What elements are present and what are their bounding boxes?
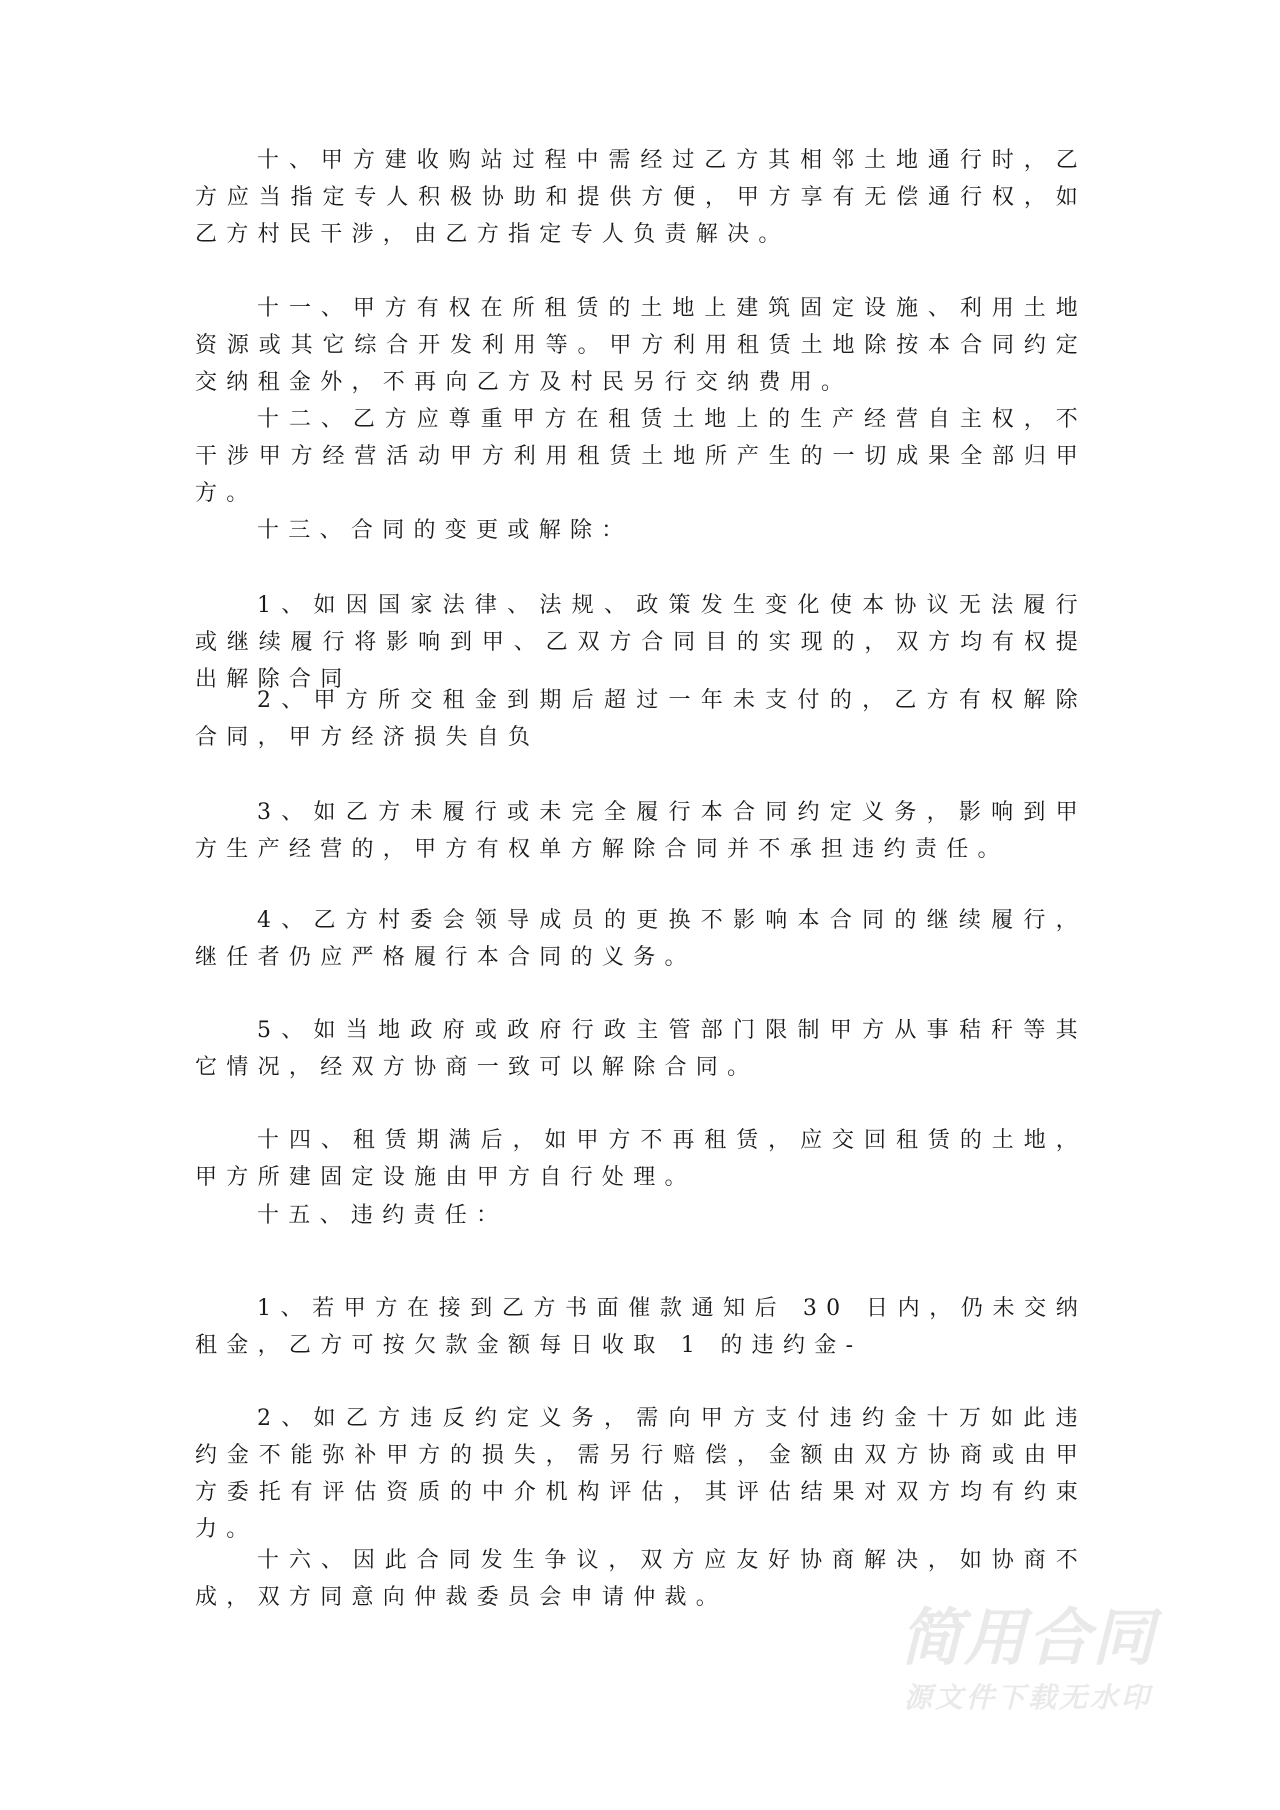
clause-13-item-3: 3、如乙方未履行或未完全履行本合同约定义务，影响到甲方生产经营的，甲方有权单方解… (195, 794, 1087, 868)
clause-15-heading: 十五、违约责任： (195, 1197, 1087, 1234)
clause-12: 十二、乙方应尊重甲方在租赁土地上的生产经营自主权，不干涉甲方经营活动甲方利用租赁… (195, 401, 1087, 512)
document-page: 十、甲方建收购站过程中需经过乙方其相邻土地通行时，乙方应当指定专人积极协助和提供… (0, 0, 1280, 1810)
clause-13-item-2: 2、甲方所交租金到期后超过一年未支付的，乙方有权解除合同，甲方经济损失自负 (195, 682, 1087, 756)
watermark-subtitle: 源文件下载无水印 (878, 1676, 1178, 1716)
clause-13-heading: 十三、合同的变更或解除： (195, 512, 1087, 549)
clause-14: 十四、租赁期满后，如甲方不再租赁，应交回租赁的土地，甲方所建固定设施由甲方自行处… (195, 1122, 1087, 1196)
clause-10: 十、甲方建收购站过程中需经过乙方其相邻土地通行时，乙方应当指定专人积极协助和提供… (195, 142, 1087, 253)
clause-15-item-2: 2、如乙方违反约定义务，需向甲方支付违约金十万如此违约金不能弥补甲方的损失，需另… (195, 1400, 1087, 1548)
clause-13-item-5: 5、如当地政府或政府行政主管部门限制甲方从事秸秆等其它情况，经双方协商一致可以解… (195, 1012, 1087, 1086)
clause-15-item-1: 1、若甲方在接到乙方书面催款通知后 30 日内，仍未交纳租金，乙方可按欠款金额每… (195, 1290, 1087, 1364)
clause-13-item-4: 4、乙方村委会领导成员的更换不影响本合同的继续履行，继任者仍应严格履行本合同的义… (195, 902, 1087, 976)
watermark-logo-text: 简用合同 (878, 1588, 1178, 1677)
clause-11: 十一、甲方有权在所租赁的土地上建筑固定设施、利用土地资源或其它综合开发利用等。甲… (195, 290, 1087, 401)
